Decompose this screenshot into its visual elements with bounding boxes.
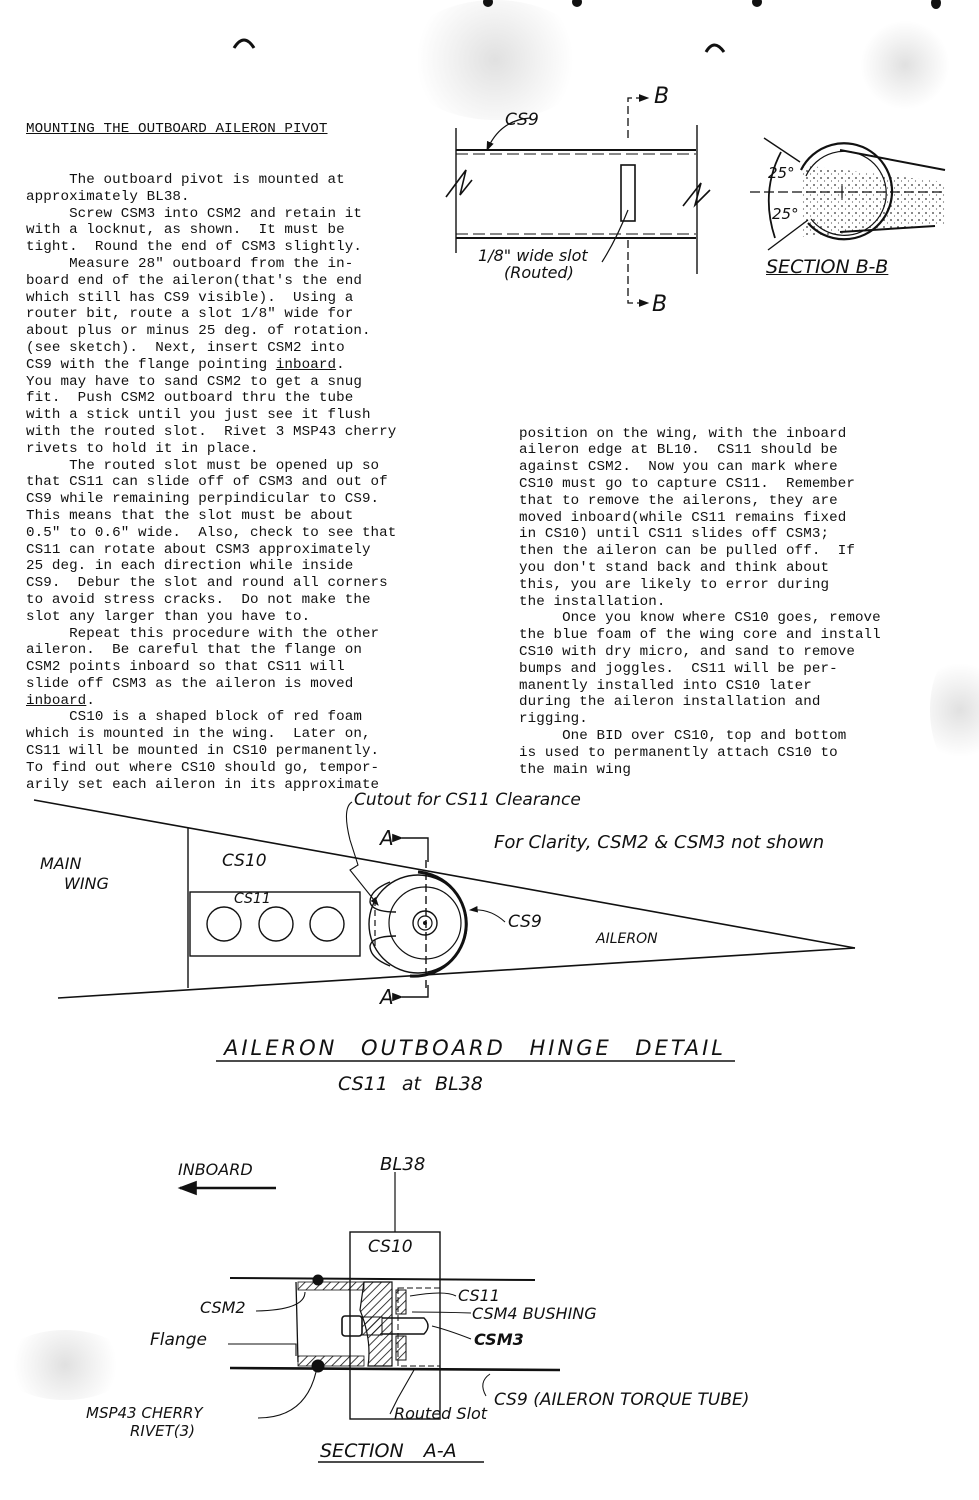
cs10-label: CS10 [222, 851, 267, 871]
cs10-block-label: CS10 [368, 1237, 413, 1257]
binder-marks [234, 40, 724, 52]
cs9-torque-tube-label: CS9 (AILERON TORQUE TUBE) [494, 1390, 749, 1410]
binder-holes [483, 0, 941, 9]
hinge-detail-subtitle: CS11 at BL38 [338, 1073, 483, 1095]
cs9-label: CS9 [505, 110, 539, 130]
csm4-label: CSM4 BUSHING [472, 1304, 597, 1323]
section-aa-title: SECTION A-A [320, 1440, 457, 1462]
rivet-label: RIVET(3) [130, 1422, 195, 1440]
section-a-mark-top: A [380, 826, 394, 850]
csm2-label: CSM2 [200, 1298, 246, 1317]
main-wing-label: MAIN [40, 854, 81, 873]
angle-upper-label: 25° [768, 164, 795, 182]
cs9-hinge-label: CS9 [508, 912, 542, 932]
slot-sketch [446, 98, 710, 303]
clarity-note: For Clarity, CSM2 & CSM3 not shown [494, 832, 824, 853]
inboard-label: INBOARD [178, 1160, 253, 1179]
flange-label: Flange [150, 1330, 207, 1350]
section-a-mark-bottom: A [380, 985, 394, 1009]
cs11-section-label: CS11 [458, 1286, 500, 1305]
main-wing-label: WING [64, 874, 109, 893]
slot-routed-label: (Routed) [504, 263, 574, 282]
section-bb-drawing [750, 138, 945, 250]
section-bb-title: SECTION B-B [766, 256, 888, 278]
routed-slot-label: Routed Slot [394, 1404, 487, 1423]
angle-lower-label: 25° [772, 205, 799, 223]
technical-drawings [0, 0, 979, 1500]
aileron-label: AILERON [596, 931, 658, 947]
rivet-label: MSP43 CHERRY [86, 1404, 203, 1422]
hinge-detail-title: AILERON OUTBOARD HINGE DETAIL [224, 1036, 726, 1060]
section-b-mark-top: B [654, 84, 669, 109]
cs11-label: CS11 [234, 891, 271, 907]
section-b-mark-bottom: B [652, 292, 667, 317]
bl38-label: BL38 [380, 1154, 425, 1175]
cutout-label: Cutout for CS11 Clearance [354, 790, 581, 810]
csm3-label: CSM3 [474, 1330, 524, 1349]
